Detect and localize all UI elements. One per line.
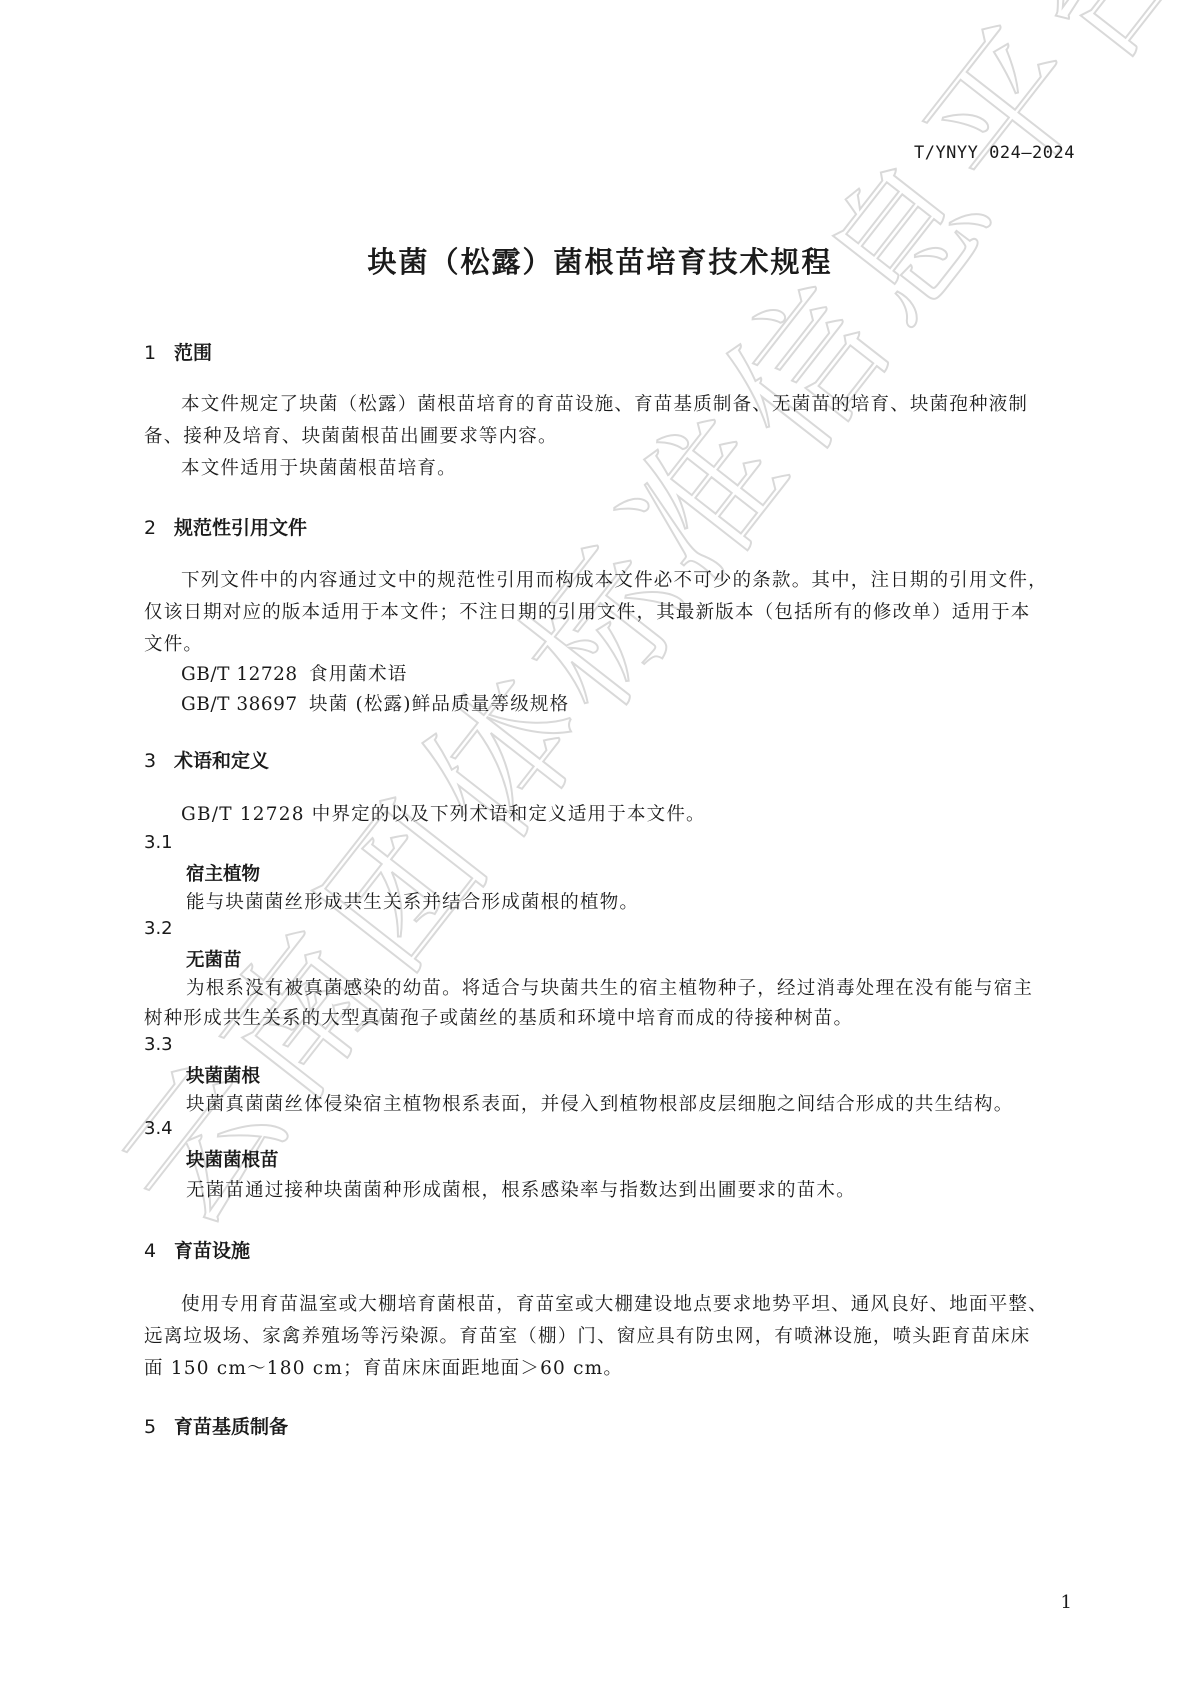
section-title: 育苗基质制备 [174,1416,288,1438]
reference-code: GB/T 12728 [181,664,309,685]
document-code: T/YNYY 024—2024 [914,143,1075,163]
section-4-heading: 4育苗设施 [144,1236,250,1263]
paragraph-line: GB/T 12728 中界定的以及下列术语和定义适用于本文件。 [181,800,706,826]
section-number: 1 [144,342,174,364]
term-definition: 块菌真菌菌丝体侵染宿主植物根系表面，并侵入到植物根部皮层细胞之间结合形成的共生结… [186,1090,1013,1116]
section-title: 术语和定义 [174,750,269,772]
term-name: 块菌菌根 [186,1062,260,1088]
term-definition: 为根系没有被真菌感染的幼苗。将适合与块菌共生的宿主植物种子，经过消毒处理在没有能… [186,974,1033,1000]
section-1-heading: 1范围 [144,338,212,365]
paragraph-line: 备、接种及培育、块菌菌根苗出圃要求等内容。 [144,422,558,448]
section-number: 5 [144,1416,174,1438]
document-title: 块菌（松露）菌根苗培育技术规程 [0,240,1200,281]
section-number: 3 [144,750,174,772]
paragraph-line: 使用专用育苗温室或大棚培育菌根苗，育苗室或大棚建设地点要求地势平坦、通风良好、地… [181,1290,1048,1316]
term-name: 无菌苗 [186,946,242,972]
document-page: 云南团体标准信息平台 T/YNYY 024—2024 块菌（松露）菌根苗培育技术… [0,0,1200,1697]
paragraph-line: 下列文件中的内容通过文中的规范性引用而构成本文件必不可少的条款。其中，注日期的引… [181,566,1048,592]
term-number: 3.4 [144,1118,173,1139]
term-number: 3.3 [144,1034,173,1055]
reference-item: GB/T 38697块菌 (松露)鲜品质量等级规格 [181,690,569,716]
section-number: 2 [144,517,174,539]
term-name: 宿主植物 [186,860,260,886]
section-title: 规范性引用文件 [174,517,307,539]
paragraph-line: 本文件适用于块菌菌根苗培育。 [181,454,457,480]
paragraph-line: 本文件规定了块菌（松露）菌根苗培育的育苗设施、育苗基质制备、无菌苗的培育、块菌孢… [181,390,1028,416]
term-definition: 树种形成共生关系的大型真菌孢子或菌丝的基质和环境中培育而成的待接种树苗。 [144,1004,853,1030]
section-title: 范围 [174,342,212,364]
section-3-heading: 3术语和定义 [144,746,269,773]
term-definition: 能与块菌菌丝形成共生关系并结合形成菌根的植物。 [186,888,639,914]
page-number: 1 [1061,1592,1072,1613]
term-number: 3.2 [144,918,173,939]
paragraph-line: 面 150 cm～180 cm；育苗床床面距地面＞60 cm。 [144,1354,623,1380]
reference-title: 食用菌术语 [309,664,408,685]
section-title: 育苗设施 [174,1240,250,1262]
reference-code: GB/T 38697 [181,694,309,715]
section-2-heading: 2规范性引用文件 [144,513,307,540]
paragraph-line: 仅该日期对应的版本适用于本文件；不注日期的引用文件，其最新版本（包括所有的修改单… [144,598,1031,624]
paragraph-line: 文件。 [144,630,203,656]
reference-title: 块菌 (松露)鲜品质量等级规格 [309,694,569,715]
term-name: 块菌菌根苗 [186,1146,279,1172]
page-content: T/YNYY 024—2024 块菌（松露）菌根苗培育技术规程 1范围 本文件规… [0,0,1200,1697]
reference-item: GB/T 12728食用菌术语 [181,660,408,686]
term-number: 3.1 [144,832,173,853]
section-5-heading: 5育苗基质制备 [144,1412,288,1439]
term-definition: 无菌苗通过接种块菌菌种形成菌根，根系感染率与指数达到出圃要求的苗木。 [186,1176,856,1202]
paragraph-line: 远离垃圾场、家禽养殖场等污染源。育苗室（棚）门、窗应具有防虫网，有喷淋设施，喷头… [144,1322,1031,1348]
section-number: 4 [144,1240,174,1262]
